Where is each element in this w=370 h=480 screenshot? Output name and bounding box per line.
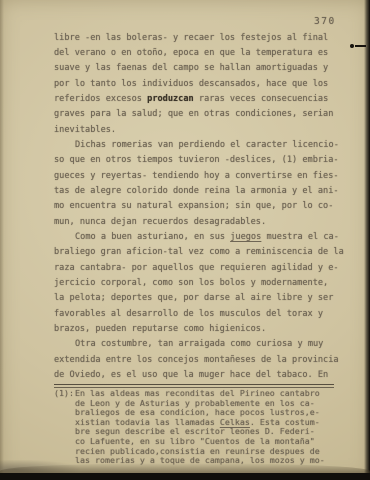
emphasized-word: produzcan (147, 94, 194, 104)
margin-annotation-mark-icon (350, 44, 366, 48)
footnote-label: (1): (54, 389, 74, 399)
body-line-paragraph-start: Otra costumbre, tan arraigada como curio… (54, 337, 344, 352)
body-line: raza cantabra- por aquellos que requiere… (54, 261, 344, 276)
body-line: del verano o en otoño, epoca en que la t… (54, 46, 344, 61)
body-line: tas de alegre colorido donde reina la ar… (54, 184, 344, 199)
line-segment: referidos excesos (54, 94, 147, 104)
body-line: referidos excesos produzcan raras veces … (54, 92, 344, 107)
body-line: inevitables. (54, 123, 344, 138)
body-line: gueces y reyertas- tendiendo hoy a conve… (54, 169, 344, 184)
body-line: brazos, pueden reputarse como higienicos… (54, 322, 344, 337)
line-segment: Como a buen asturiano, en sus (75, 232, 230, 242)
line-segment: muestra el ca- (261, 232, 339, 242)
body-line: mun, nunca dejan recuerdos desagradables… (54, 215, 344, 230)
footnote-line: las romerias y a toque de campana, los m… (54, 456, 346, 466)
page-number: 370 (314, 16, 336, 27)
underlined-word: juegos (230, 232, 261, 242)
body-line: braliego gran aficion-tal vez como a rem… (54, 245, 344, 260)
body-line-paragraph-start: Como a buen asturiano, en sus juegos mue… (54, 230, 344, 245)
body-line: mo encuentra su natural expansion; sin q… (54, 199, 344, 214)
body-line: so que en otros tiempos tuvieron -deslic… (54, 153, 344, 168)
scanned-document-page: 370 libre -en las boleras- y recaer los … (0, 0, 370, 480)
body-line: suave y las faenas del campo se hallan a… (54, 61, 344, 76)
body-line: graves para la salud; que en otras condi… (54, 107, 344, 122)
right-scan-edge (364, 0, 370, 480)
body-line: la pelota; deportes que, por darse al ai… (54, 291, 344, 306)
line-segment: raras veces consecuencias (194, 94, 329, 104)
body-line: de Oviedo, es el uso que la muger hace d… (54, 368, 344, 383)
body-line: jercicio corporal, como son los bolos y … (54, 276, 344, 291)
mark-dash (355, 45, 366, 47)
body-line: favorables al desarrollo de los musculos… (54, 307, 344, 322)
body-text-block: libre -en las boleras- y recaer los fest… (54, 31, 344, 384)
bottom-scan-band (0, 473, 370, 480)
body-line: por lo tanto los individuos descansados,… (54, 77, 344, 92)
body-line: extendida entre los concejos montañeses … (54, 353, 344, 368)
body-line: libre -en las boleras- y recaer los fest… (54, 31, 344, 46)
footnote-block: (1): En las aldeas mas reconditas del Pi… (54, 389, 346, 466)
left-edge-shading (0, 0, 4, 480)
mark-dot (350, 44, 354, 48)
body-line-paragraph-start: Dichas romerias van perdiendo el caracte… (54, 138, 344, 153)
